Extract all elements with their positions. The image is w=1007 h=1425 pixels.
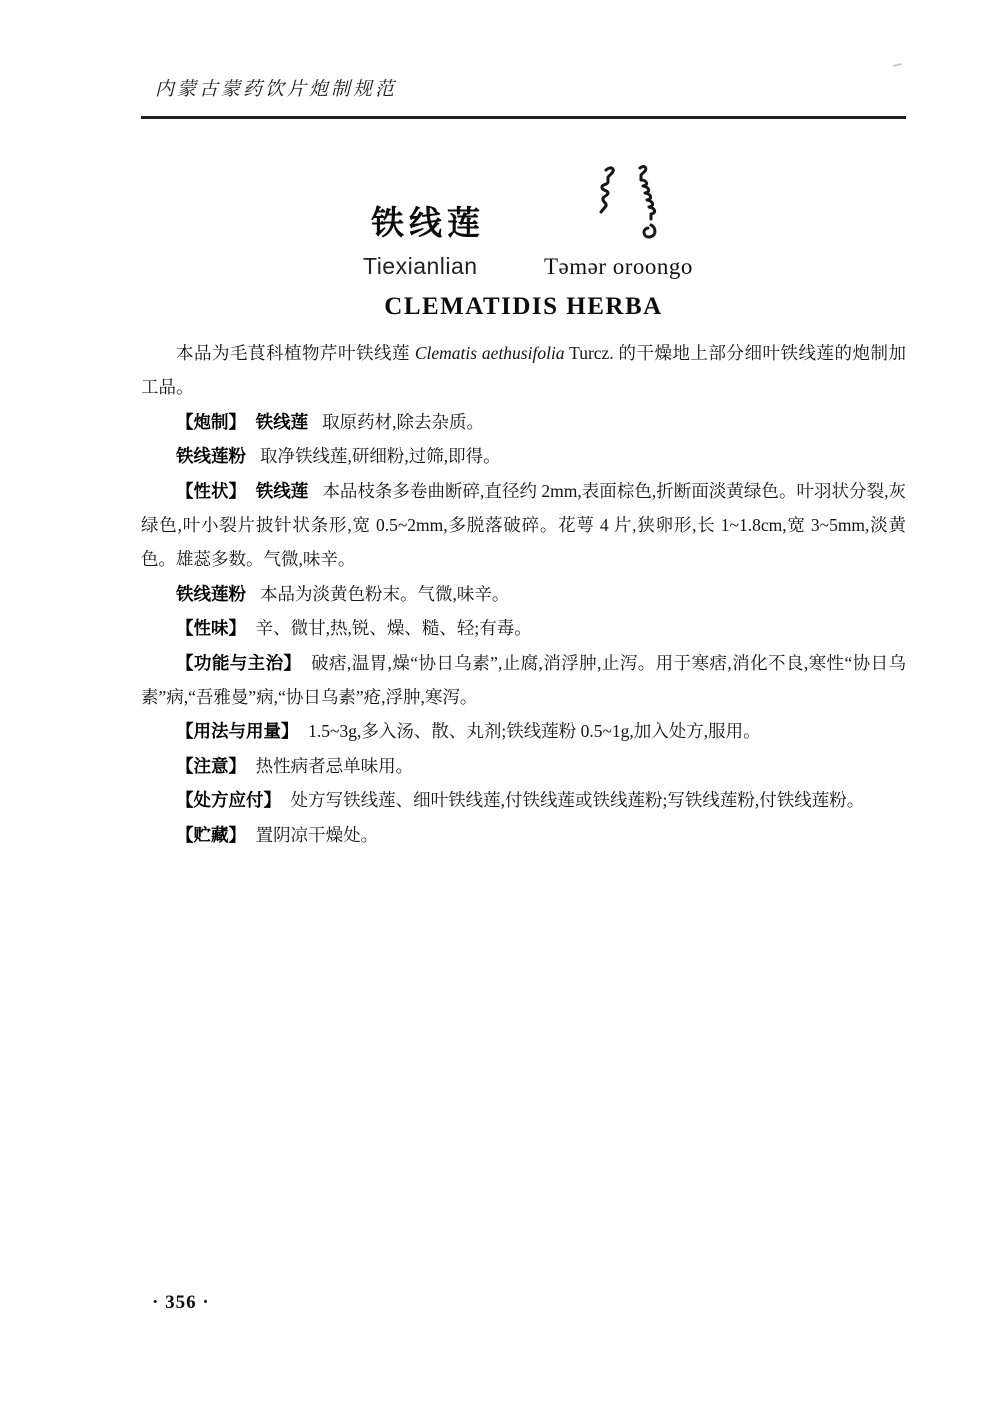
entry-name: 铁线莲 xyxy=(256,481,309,501)
section-text: 处方写铁线莲、细叶铁线莲,付铁线莲或铁线莲粉;写铁线莲粉,付铁线莲粉。 xyxy=(291,790,865,810)
section-label: 【处方应付】 xyxy=(176,790,281,810)
section-label: 【炮制】 xyxy=(176,412,246,432)
document-page: 内蒙古蒙药饮片炮制规范 铁线莲 Tiexianlian Təmər oroong… xyxy=(0,0,1007,1425)
section-zhucang: 【贮藏】置阴凉干燥处。 xyxy=(141,818,906,852)
header-rule xyxy=(141,116,906,119)
section-text: 热性病者忌单味用。 xyxy=(256,756,414,776)
section-label: 【注意】 xyxy=(176,756,246,776)
intro-text-1: 本品为毛茛科植物芹叶铁线莲 xyxy=(176,343,415,363)
section-label: 【功能与主治】 xyxy=(176,653,301,673)
latin-drug-title: CLEMATIDIS HERBA xyxy=(141,293,906,321)
entry-name: 铁线莲粉 xyxy=(176,584,246,604)
section-xingzhuang: 【性状】铁线莲本品枝条多卷曲断碎,直径约 2mm,表面棕色,折断面淡黄绿色。叶羽… xyxy=(141,474,906,577)
section-text: 1.5~3g,多入汤、散、丸剂;铁线莲粉 0.5~1g,加入处方,服用。 xyxy=(308,721,761,741)
title-mongolian-latin: Təmər oroongo xyxy=(544,254,693,280)
entry-name: 铁线莲粉 xyxy=(176,446,246,466)
section-text: 辛、微甘,热,锐、燥、糙、轻;有毒。 xyxy=(256,618,532,638)
mongolian-script-icon xyxy=(590,164,662,251)
section-label: 【贮藏】 xyxy=(176,825,246,845)
section-zhuyi: 【注意】热性病者忌单味用。 xyxy=(141,749,906,783)
section-chufang-yingfu: 【处方应付】处方写铁线莲、细叶铁线莲,付铁线莲或铁线莲粉;写铁线莲粉,付铁线莲粉… xyxy=(141,783,906,817)
scan-artifact xyxy=(893,63,902,67)
section-xingwei: 【性味】辛、微甘,热,锐、燥、糙、轻;有毒。 xyxy=(141,611,906,645)
section-paozhi-powder: 铁线莲粉取净铁线莲,研细粉,过筛,即得。 xyxy=(141,439,906,473)
section-text: 取原药材,除去杂质。 xyxy=(322,412,484,432)
title-pinyin: Tiexianlian xyxy=(363,253,478,280)
section-label: 【用法与用量】 xyxy=(176,721,299,741)
section-label: 【性味】 xyxy=(176,618,246,638)
section-gongneng-zhuzhi: 【功能与主治】破痞,温胃,燥“协日乌素”,止腐,消浮肿,止泻。用于寒痞,消化不良… xyxy=(141,646,906,715)
section-text: 取净铁线莲,研细粉,过筛,即得。 xyxy=(260,446,501,466)
intro-paragraph: 本品为毛茛科植物芹叶铁线莲 Clematis aethusifolia Turc… xyxy=(141,336,906,405)
body-text: 本品为毛茛科植物芹叶铁线莲 Clematis aethusifolia Turc… xyxy=(141,336,906,852)
running-header: 内蒙古蒙药饮片炮制规范 xyxy=(155,74,397,101)
latin-binomial: Clematis aethusifolia xyxy=(415,343,565,363)
entry-name: 铁线莲 xyxy=(256,412,309,432)
section-paozhi: 【炮制】铁线莲取原药材,除去杂质。 xyxy=(141,405,906,439)
section-yongfa-yongliang: 【用法与用量】1.5~3g,多入汤、散、丸剂;铁线莲粉 0.5~1g,加入处方,… xyxy=(141,714,906,748)
section-label: 【性状】 xyxy=(176,481,246,501)
section-xingzhuang-powder: 铁线莲粉本品为淡黄色粉末。气微,味辛。 xyxy=(141,577,906,611)
page-title: 铁线莲 xyxy=(371,197,485,244)
section-text: 置阴凉干燥处。 xyxy=(256,825,379,845)
page-number: · 356 · xyxy=(152,1292,210,1314)
section-text: 本品为淡黄色粉末。气微,味辛。 xyxy=(260,584,509,604)
